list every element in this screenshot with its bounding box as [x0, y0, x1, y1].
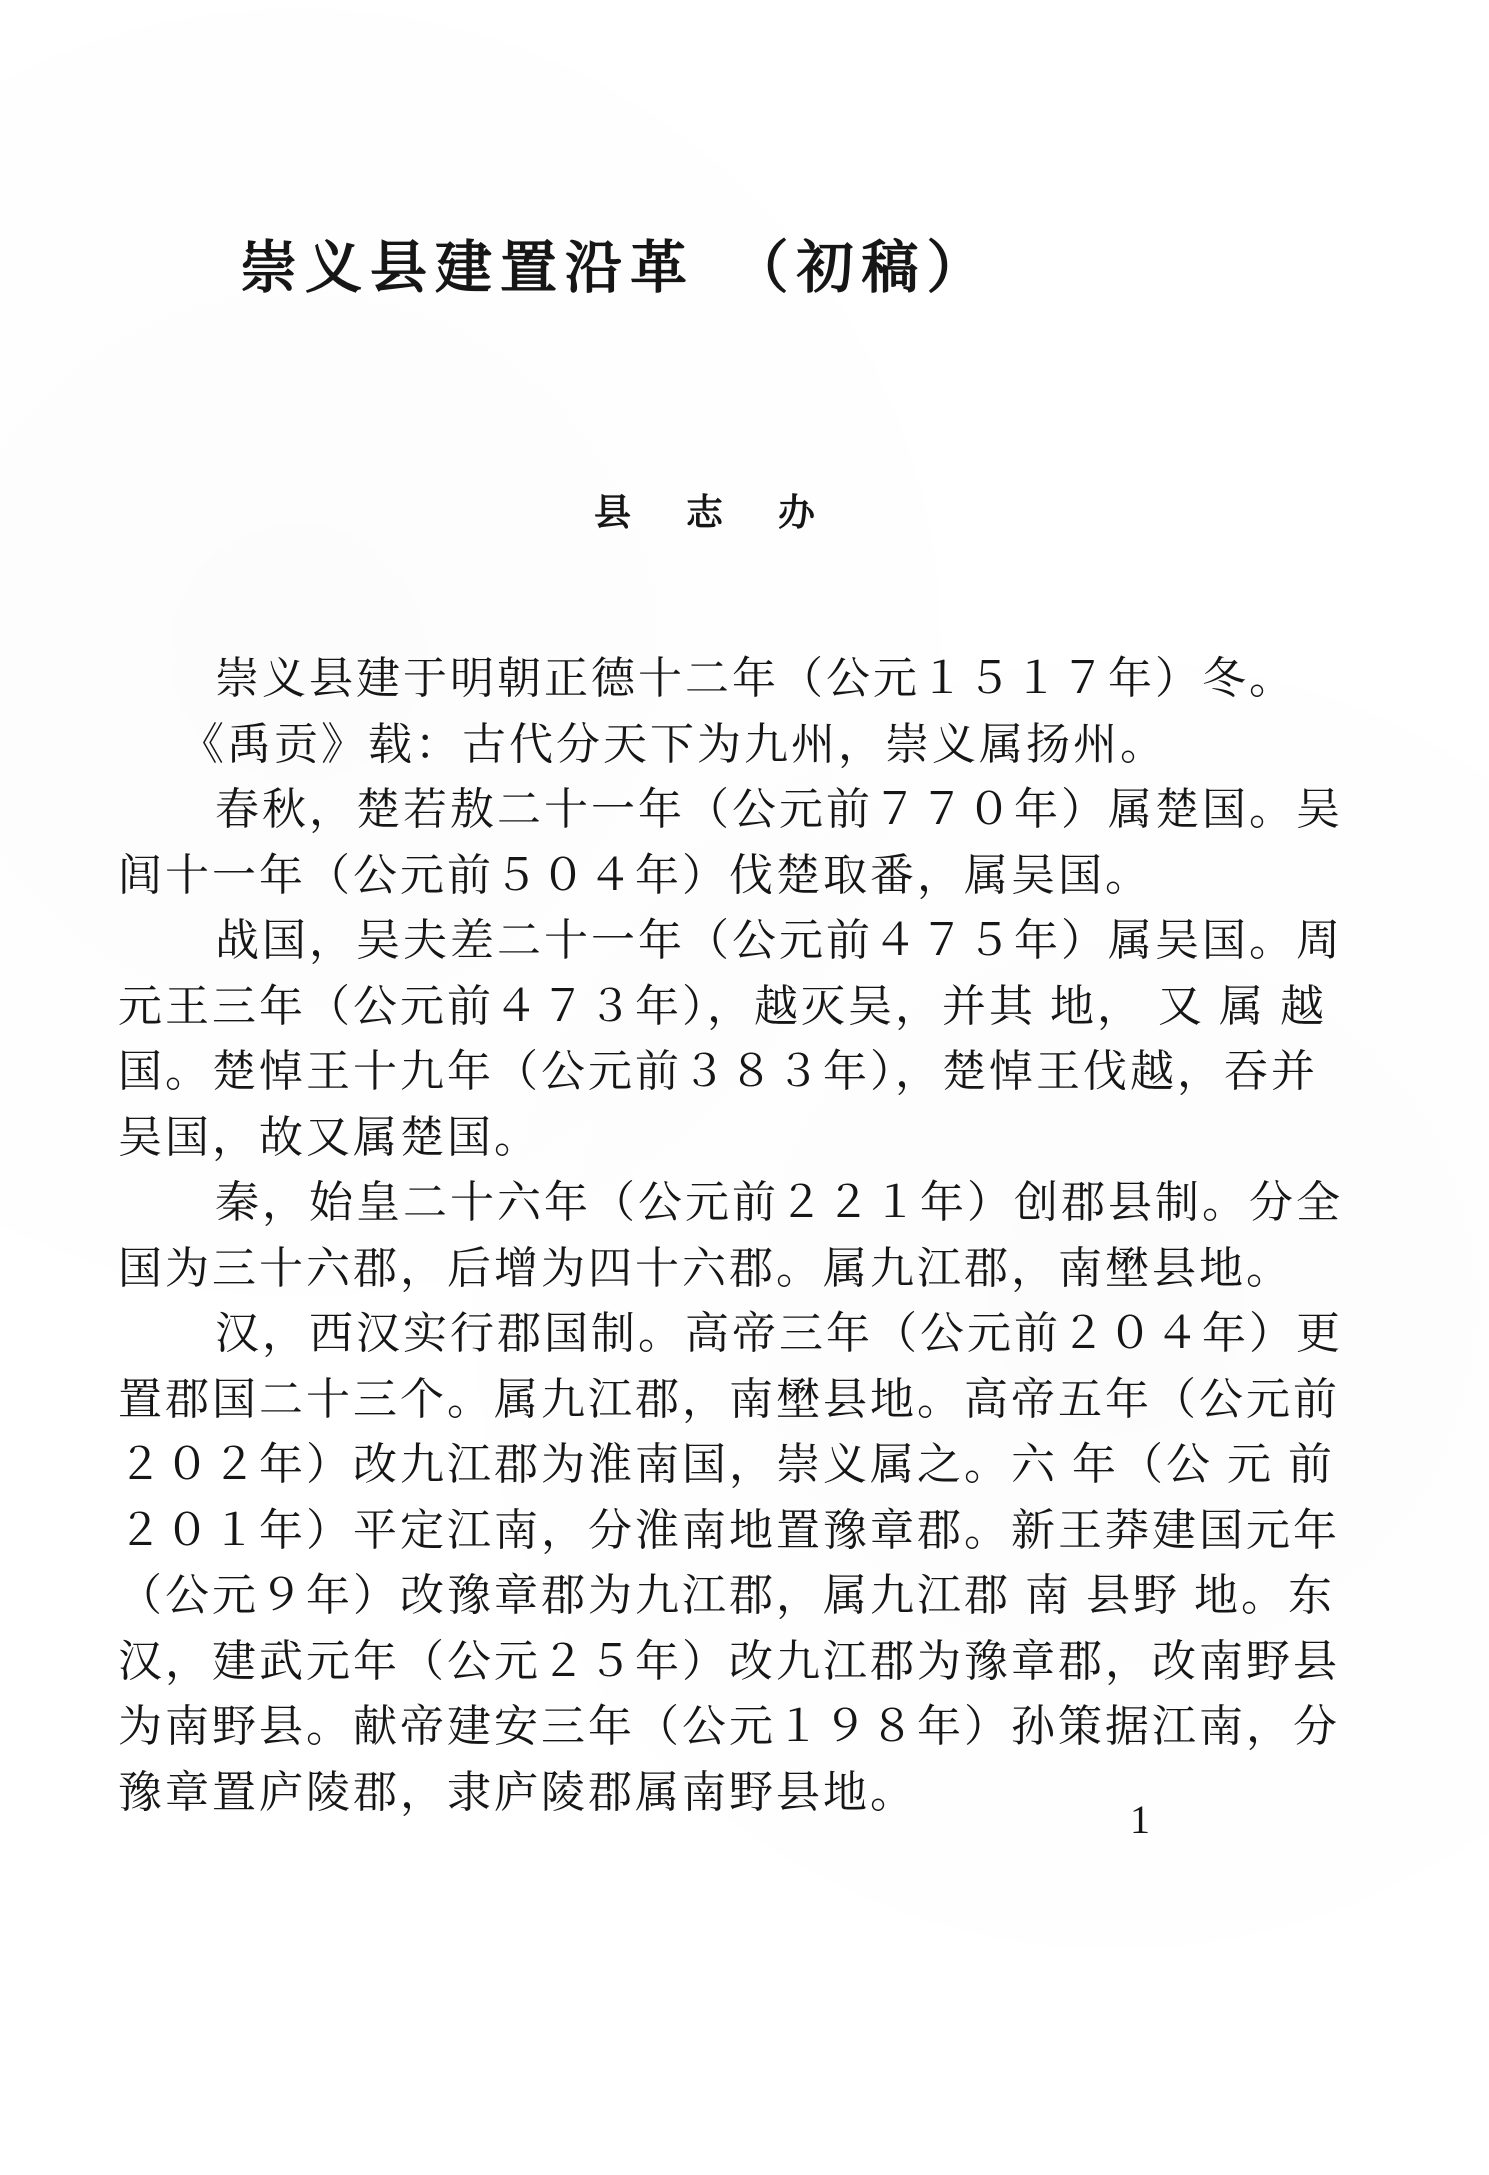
document-title: 崇义县建置沿革 （初稿）: [240, 222, 992, 304]
scanned-document-page: 崇义县建置沿革 （初稿） 县志办 崇义县建于明朝正德十二年（公元１５１７年）冬。…: [0, 0, 1489, 2175]
body-line: （公元９年）改豫章郡为九江郡，属九江郡 南 县野 地。东: [118, 1563, 1418, 1629]
body-line: 国为三十六郡，后增为四十六郡。属九江郡，南壄县地。: [118, 1236, 1418, 1302]
body-line: 春秋，楚若敖二十一年（公元前７７０年）属楚国。吴: [118, 777, 1418, 843]
body-line: 崇义县建于明朝正德十二年（公元１５１７年）冬。: [118, 646, 1418, 712]
body-line: 吴国，故又属楚国。: [118, 1105, 1418, 1171]
body-line: ２０１年）平定江南，分淮南地置豫章郡。新王莽建国元年: [118, 1498, 1418, 1564]
page-number: 1: [1130, 1796, 1150, 1843]
body-line: 豫章置庐陵郡，隶庐陵郡属南野县地。: [118, 1760, 1418, 1826]
body-line: ２０２年）改九江郡为淮南国，崇义属之。六 年（公 元 前: [118, 1432, 1418, 1498]
body-line: 汉，建武元年（公元２５年）改九江郡为豫章郡，改南野县: [118, 1629, 1418, 1695]
body-line: 战国，吴夫差二十一年（公元前４７５年）属吴国。周: [118, 908, 1418, 974]
body-line: 闾十一年（公元前５０４年）伐楚取番，属吴国。: [118, 843, 1418, 909]
document-body: 崇义县建于明朝正德十二年（公元１５１７年）冬。《禹贡》载：古代分天下为九州，崇义…: [118, 646, 1418, 1825]
body-line: 秦，始皇二十六年（公元前２２１年）创郡县制。分全: [118, 1170, 1418, 1236]
document-byline: 县志办: [594, 482, 870, 536]
body-line: 国。楚悼王十九年（公元前３８３年），楚悼王伐越，吞并: [118, 1039, 1418, 1105]
body-line: 置郡国二十三个。属九江郡，南壄县地。高帝五年（公元前: [118, 1367, 1418, 1433]
body-line: 汉，西汉实行郡国制。高帝三年（公元前２０４年）更: [118, 1301, 1418, 1367]
body-line: 元王三年（公元前４７３年），越灭吴，并其 地， 又 属 越: [118, 974, 1418, 1040]
body-line: 《禹贡》载：古代分天下为九州，崇义属扬州。: [118, 712, 1418, 778]
body-line: 为南野县。献帝建安三年（公元１９８年）孙策据江南，分: [118, 1694, 1418, 1760]
